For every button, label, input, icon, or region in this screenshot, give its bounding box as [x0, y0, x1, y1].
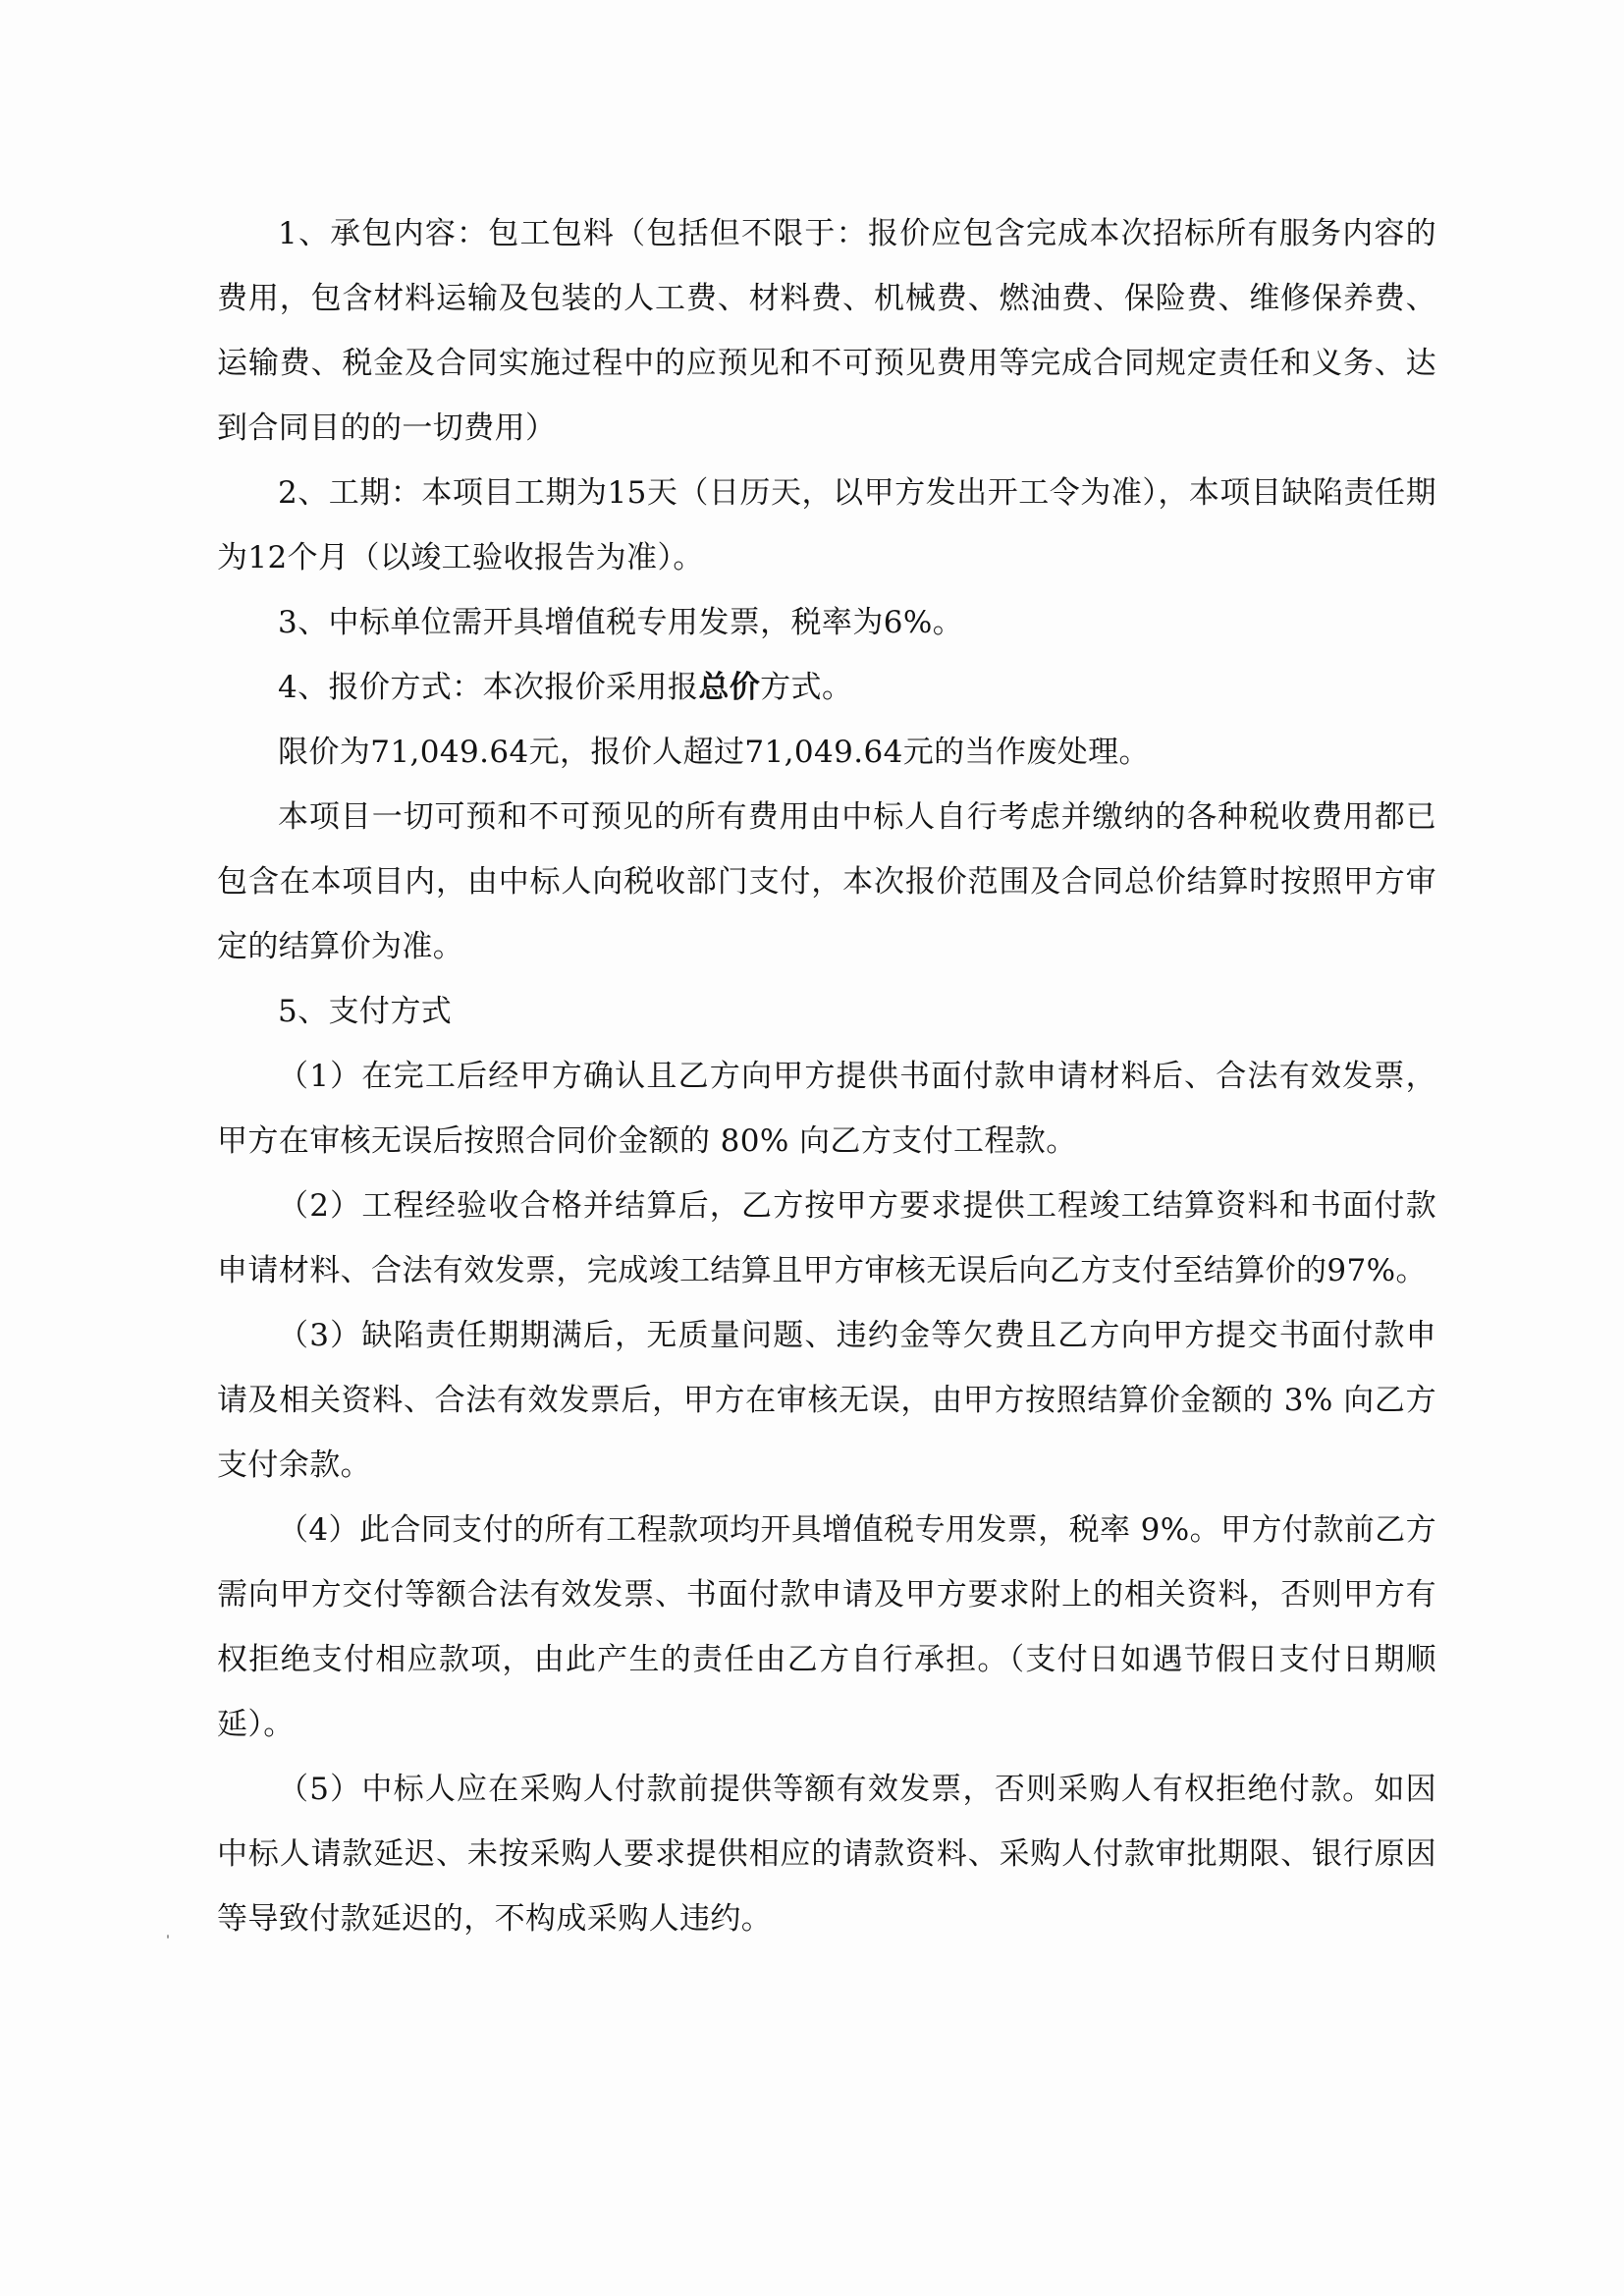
clause-4-prefix: 4、报价方式：本次报价采用报	[278, 670, 698, 705]
clause-1-scope: 1、承包内容：包工包料（包括但不限于：报价应包含完成本次招标所有服务内容的费用，…	[217, 201, 1436, 461]
payment-item-5: （5）中标人应在采购人付款前提供等额有效发票，否则采购人有权拒绝付款。如因中标人…	[217, 1757, 1436, 1951]
price-limit: 限价为71,049.64元，报价人超过71,049.64元的当作废处理。	[217, 720, 1436, 785]
clause-2-duration: 2、工期：本项目工期为15天（日历天，以甲方发出开工令为准），本项目缺陷责任期为…	[217, 461, 1436, 590]
clause-4-emphasis: 总价	[698, 670, 760, 705]
clause-4-quote-method: 4、报价方式：本次报价采用报总价方式。	[217, 655, 1436, 720]
clause-3-invoice: 3、中标单位需开具增值税专用发票，税率为6%。	[217, 590, 1436, 655]
scan-speck	[1286, 1320, 1289, 1323]
scan-speck	[167, 1935, 169, 1939]
scanned-page: 1、承包内容：包工包料（包括但不限于：报价应包含完成本次招标所有服务内容的费用，…	[0, 0, 1624, 2296]
clause-4-suffix: 方式。	[760, 670, 852, 705]
payment-item-2: （2）工程经验收合格并结算后，乙方按甲方要求提供工程竣工结算资料和书面付款申请材…	[217, 1174, 1436, 1303]
payment-item-1: （1）在完工后经甲方确认且乙方向甲方提供书面付款申请材料后、合法有效发票，甲方在…	[217, 1044, 1436, 1174]
clause-5-payment-heading: 5、支付方式	[217, 979, 1436, 1044]
payment-item-3: （3）缺陷责任期期满后，无质量问题、违约金等欠费且乙方向甲方提交书面付款申请及相…	[217, 1303, 1436, 1498]
document-body: 1、承包内容：包工包料（包括但不限于：报价应包含完成本次招标所有服务内容的费用，…	[217, 201, 1436, 1951]
fees-note: 本项目一切可预和不可预见的所有费用由中标人自行考虑并缴纳的各种税收费用都已包含在…	[217, 785, 1436, 979]
payment-item-4: （4）此合同支付的所有工程款项均开具增值税专用发票，税率 9%。甲方付款前乙方需…	[217, 1498, 1436, 1757]
